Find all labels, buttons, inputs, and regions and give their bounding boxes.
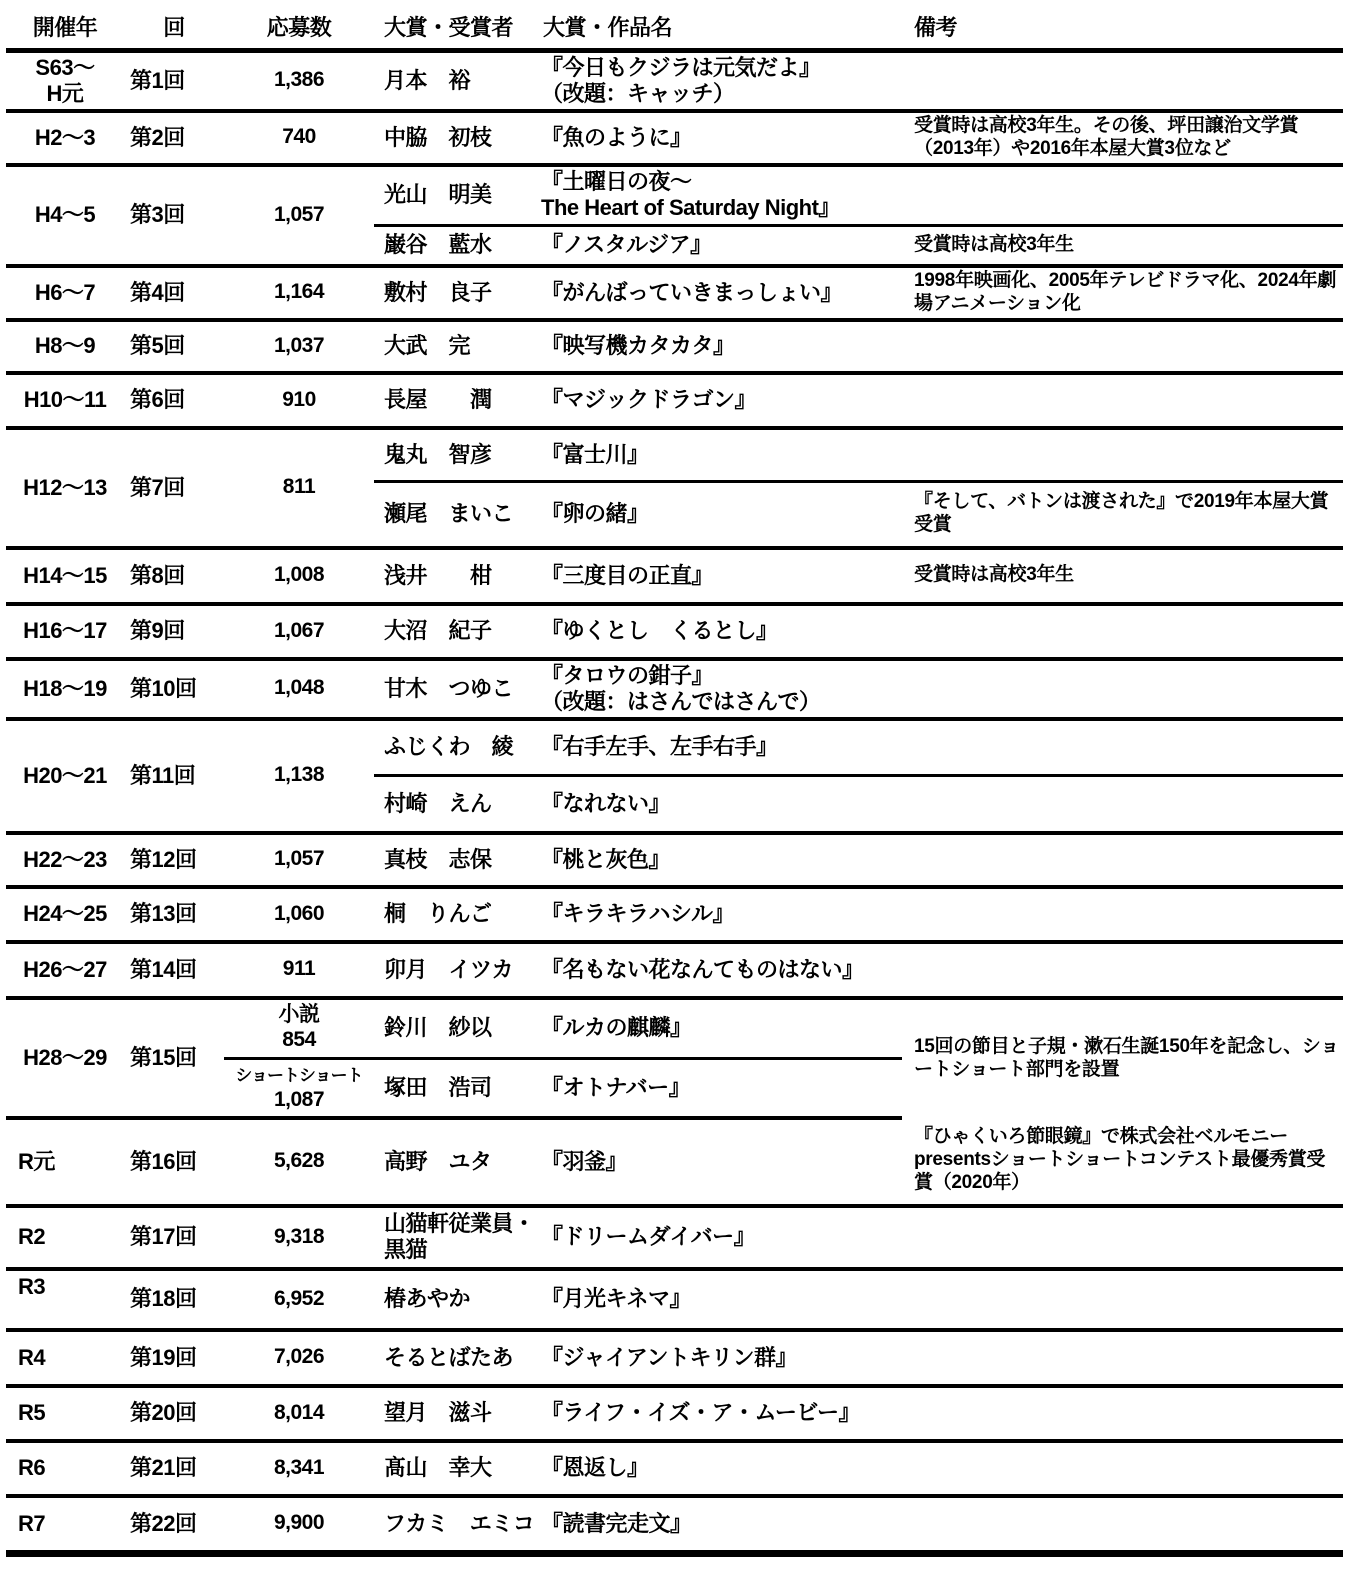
cell-text: 1,067	[274, 619, 324, 642]
cell-text: R5	[18, 1400, 45, 1425]
cell-text: 『ジャイアントキリン群』	[541, 1345, 797, 1370]
year-cell: R4	[6, 1330, 124, 1386]
cell-text: 5,628	[274, 1149, 324, 1172]
cell-text: R2	[18, 1224, 45, 1249]
cell-text: 第17回	[130, 1224, 196, 1249]
count-cell: 911	[224, 942, 374, 998]
table-row: R3第18回6,952椿あやか『月光キネマ』	[6, 1269, 1343, 1330]
note-cell: 1998年映画化、2005年テレビドラマ化、2024年劇場アニメーション化	[902, 266, 1343, 320]
count-cell: 1,060	[224, 887, 374, 942]
title-cell: 『ノスタルジア』	[537, 226, 902, 266]
cell-text: 長屋 潤	[384, 387, 492, 412]
cell-text: ショートショート	[235, 1066, 362, 1085]
cell-text: H18～19	[23, 676, 107, 701]
cell-text: 15回の節目と子規・漱石生誕150年を記念し、ショートショート部門を設置	[914, 1036, 1339, 1080]
note-cell: 15回の節目と子規・漱石生誕150年を記念し、ショートショート部門を設置	[902, 998, 1343, 1118]
table-row: H28～29第15回小説854鈴川 紗以『ルカの麒麟』15回の節目と子規・漱石生…	[6, 998, 1343, 1059]
cell-text: 『タロウの鉗子』	[541, 663, 713, 688]
cell-text: 小説	[279, 1003, 320, 1026]
cell-text: R元	[18, 1149, 55, 1174]
winner-cell: 光山 明美	[374, 165, 537, 226]
cell-text: 1,048	[274, 676, 324, 699]
cell-text: 鈴川 紗以	[384, 1015, 492, 1040]
winner-cell: 巌谷 藍水	[374, 226, 537, 266]
round-cell: 第2回	[124, 111, 224, 165]
table-row: H2～3第2回740中脇 初枝『魚のように』受賞時は高校3年生。その後、坪田譲治…	[6, 111, 1343, 165]
cell-text: 瀬尾 まいこ	[384, 501, 513, 526]
cell-text: R4	[18, 1345, 45, 1370]
cell-text: 『ドリームダイバー』	[541, 1224, 755, 1249]
cell-text: 『今日もクジラは元気だよ』	[541, 55, 821, 80]
cell-text: フカミ エミコ	[384, 1511, 534, 1536]
note-cell	[902, 1386, 1343, 1441]
cell-text: 1998年映画化、2005年テレビドラマ化、2024年劇場アニメーション化	[914, 270, 1336, 314]
cell-text: 『映写機カタカタ』	[541, 333, 735, 358]
cell-text: H8～9	[35, 333, 95, 358]
cell-text: H6～7	[35, 280, 95, 305]
count-cell: 1,008	[224, 548, 374, 604]
cell-text: 第15回	[130, 1045, 196, 1070]
year-cell: H18～19	[6, 659, 124, 719]
title-cell: 『三度目の正直』	[537, 548, 902, 604]
winner-cell: 鬼丸 智彦	[374, 428, 537, 482]
cell-text: 敷村 良子	[384, 280, 492, 305]
note-cell	[902, 428, 1343, 482]
cell-text: 『富士川』	[541, 442, 649, 467]
count-cell: 1,386	[224, 51, 374, 111]
cell-text: 『マジックドラゴン』	[541, 387, 756, 412]
cell-text: 卯月 イツカ	[384, 957, 513, 982]
title-cell: 『読書完走文』	[537, 1496, 902, 1554]
cell-text: 6,952	[274, 1287, 324, 1310]
cell-text: 740	[282, 125, 316, 148]
cell-text: 甘木 つゆこ	[384, 676, 513, 701]
note-cell	[902, 1441, 1343, 1496]
title-cell: 『ドリームダイバー』	[537, 1206, 902, 1269]
count-cell: 小説854	[224, 998, 374, 1059]
count-cell: 1,164	[224, 266, 374, 320]
cell-text: 第6回	[130, 387, 185, 412]
round-cell: 第15回	[124, 998, 224, 1118]
cell-text: H14～15	[23, 563, 107, 588]
winner-cell: そるとばたあ	[374, 1330, 537, 1386]
round-cell: 第8回	[124, 548, 224, 604]
count-cell: 9,318	[224, 1206, 374, 1269]
winner-cell: 高野 ユタ	[374, 1118, 537, 1206]
note-cell	[902, 659, 1343, 719]
note-cell	[902, 776, 1343, 833]
table-row: H4～5第3回1,057光山 明美『土曜日の夜～The Heart of Sat…	[6, 165, 1343, 226]
year-cell: H28～29	[6, 998, 124, 1118]
winner-cell: ふじくわ 綾	[374, 719, 537, 776]
cell-text: 『桃と灰色』	[541, 847, 670, 872]
cell-text: 1,138	[274, 763, 324, 786]
winner-cell: 望月 滋斗	[374, 1386, 537, 1441]
cell-text: 鬼丸 智彦	[384, 442, 492, 467]
note-cell	[902, 833, 1343, 887]
cell-text: 『ひゃくいろ節眼鏡』で株式会社ベルモニーpresentsショートショートコンテス…	[914, 1126, 1325, 1193]
winner-cell: 瀬尾 まいこ	[374, 482, 537, 548]
winner-cell: 村崎 えん	[374, 776, 537, 833]
cell-text: 『ルカの麒麟』	[541, 1015, 692, 1040]
year-cell: H12～13	[6, 428, 124, 548]
cell-text: 第18回	[130, 1286, 196, 1311]
count-cell: ショートショート1,087	[224, 1059, 374, 1118]
award-table: 開催年回応募数大賞・受賞者大賞・作品名備考 S63～H元第1回1,386月本 裕…	[6, 8, 1343, 1557]
cell-text: 854	[282, 1028, 316, 1051]
year-cell: H22～23	[6, 833, 124, 887]
winner-cell: 椿あやか	[374, 1269, 537, 1330]
cell-text: 『恩返し』	[541, 1455, 649, 1480]
header-note: 備考	[902, 8, 1343, 51]
title-cell: 『マジックドラゴン』	[537, 373, 902, 428]
cell-text: 7,026	[274, 1345, 324, 1368]
round-cell: 第17回	[124, 1206, 224, 1269]
cell-text: H26～27	[23, 957, 107, 982]
winner-cell: 真枝 志保	[374, 833, 537, 887]
table-row: R6第21回8,341髙山 幸大『恩返し』	[6, 1441, 1343, 1496]
table-row: H26～27第14回911卯月 イツカ『名もない花なんてものはない』	[6, 942, 1343, 998]
title-cell: 『桃と灰色』	[537, 833, 902, 887]
cell-text: 真枝 志保	[384, 847, 492, 872]
cell-text: 『ゆくとし くるとし』	[541, 618, 778, 643]
round-cell: 第7回	[124, 428, 224, 548]
round-cell: 第18回	[124, 1269, 224, 1330]
round-cell: 第14回	[124, 942, 224, 998]
table-row: H6～7第4回1,164敷村 良子『がんばっていきまっしょい』1998年映画化、…	[6, 266, 1343, 320]
cell-text: 第3回	[130, 202, 185, 227]
cell-text: 受賞時は高校3年生	[914, 234, 1074, 255]
cell-text: 中脇 初枝	[384, 125, 492, 150]
title-cell: 『土曜日の夜～The Heart of Saturday Night』	[537, 165, 902, 226]
title-cell: 『タロウの鉗子』（改題：はさんではさんで）	[537, 659, 902, 719]
count-cell: 811	[224, 428, 374, 548]
cell-text: 第2回	[130, 125, 185, 150]
cell-text: 巌谷 藍水	[384, 232, 492, 257]
winner-cell: 山猫軒従業員・黒猫	[374, 1206, 537, 1269]
title-cell: 『羽釜』	[537, 1118, 902, 1206]
cell-text: 『がんばっていきまっしょい』	[541, 280, 842, 305]
title-cell: 『なれない』	[537, 776, 902, 833]
year-cell: H2～3	[6, 111, 124, 165]
round-cell: 第6回	[124, 373, 224, 428]
cell-text: 1,060	[274, 902, 324, 925]
year-cell: R3	[6, 1269, 124, 1330]
table-body: S63～H元第1回1,386月本 裕『今日もクジラは元気だよ』（改題：キャッチ）…	[6, 51, 1343, 1554]
cell-text: 1,037	[274, 334, 324, 357]
year-cell: H24～25	[6, 887, 124, 942]
cell-text: 村崎 えん	[384, 791, 492, 816]
header-row: 開催年回応募数大賞・受賞者大賞・作品名備考	[6, 8, 1343, 51]
cell-text: H16～17	[23, 618, 107, 643]
year-cell: R7	[6, 1496, 124, 1554]
cell-text: 『ライフ・イズ・ア・ムービー』	[541, 1400, 860, 1425]
title-cell: 『月光キネマ』	[537, 1269, 902, 1330]
count-cell: 1,037	[224, 320, 374, 373]
note-cell	[902, 887, 1343, 942]
cell-text: H12～13	[23, 475, 107, 500]
cell-text: 浅井 柑	[384, 563, 492, 588]
winner-cell: 中脇 初枝	[374, 111, 537, 165]
cell-text: 第8回	[130, 563, 185, 588]
title-cell: 『今日もクジラは元気だよ』（改題：キャッチ）	[537, 51, 902, 111]
cell-text: 『読書完走文』	[541, 1511, 692, 1536]
cell-text: 『羽釜』	[541, 1149, 627, 1174]
count-cell: 1,057	[224, 165, 374, 266]
cell-text: 大武 完	[384, 333, 470, 358]
note-cell	[902, 1330, 1343, 1386]
winner-cell: 髙山 幸大	[374, 1441, 537, 1496]
cell-text: 1,008	[274, 563, 324, 586]
table-row: H16～17第9回1,067大沼 紀子『ゆくとし くるとし』	[6, 604, 1343, 659]
note-cell	[902, 1206, 1343, 1269]
cell-text: 1,087	[274, 1088, 324, 1111]
round-cell: 第20回	[124, 1386, 224, 1441]
winner-cell: 卯月 イツカ	[374, 942, 537, 998]
cell-text: 椿あやか	[384, 1286, 470, 1311]
table-row: R5第20回8,014望月 滋斗『ライフ・イズ・ア・ムービー』	[6, 1386, 1343, 1441]
round-cell: 第4回	[124, 266, 224, 320]
year-cell: H26～27	[6, 942, 124, 998]
title-cell: 『がんばっていきまっしょい』	[537, 266, 902, 320]
note-cell	[902, 165, 1343, 226]
cell-text: 第7回	[130, 475, 185, 500]
winner-cell: 大武 完	[374, 320, 537, 373]
count-cell: 7,026	[224, 1330, 374, 1386]
cell-text: 第14回	[130, 957, 196, 982]
table-row: H12～13第7回811鬼丸 智彦『富士川』	[6, 428, 1343, 482]
page: 開催年回応募数大賞・受賞者大賞・作品名備考 S63～H元第1回1,386月本 裕…	[0, 0, 1350, 1582]
cell-text: 第12回	[130, 847, 196, 872]
cell-text: H24～25	[23, 901, 107, 926]
count-cell: 910	[224, 373, 374, 428]
cell-text: 『そして、バトンは渡された』で2019年本屋大賞受賞	[914, 491, 1328, 535]
cell-text: 『三度目の正直』	[541, 563, 713, 588]
table-row: H8～9第5回1,037大武 完『映写機カタカタ』	[6, 320, 1343, 373]
header-round: 回	[124, 8, 224, 51]
round-cell: 第3回	[124, 165, 224, 266]
year-cell: H4～5	[6, 165, 124, 266]
cell-text: H28～29	[23, 1045, 107, 1070]
winner-cell: 浅井 柑	[374, 548, 537, 604]
round-cell: 第10回	[124, 659, 224, 719]
cell-text: The Heart of Saturday Night』	[541, 195, 840, 220]
cell-text: 第16回	[130, 1149, 196, 1174]
title-cell: 『キラキラハシル』	[537, 887, 902, 942]
note-cell	[902, 51, 1343, 111]
title-cell: 『ジャイアントキリン群』	[537, 1330, 902, 1386]
table-row: H10～11第6回910長屋 潤『マジックドラゴン』	[6, 373, 1343, 428]
cell-text: 受賞時は高校3年生。その後、坪田譲治文学賞（2013年）や2016年本屋大賞3位…	[914, 115, 1298, 159]
title-cell: 『恩返し』	[537, 1441, 902, 1496]
winner-cell: 鈴川 紗以	[374, 998, 537, 1059]
cell-text: 第5回	[130, 333, 185, 358]
cell-text: 第11回	[130, 763, 195, 788]
cell-text: 『月光キネマ』	[541, 1286, 691, 1311]
round-cell: 第1回	[124, 51, 224, 111]
cell-text: 『なれない』	[541, 791, 670, 816]
title-cell: 『名もない花なんてものはない』	[537, 942, 902, 998]
round-cell: 第12回	[124, 833, 224, 887]
count-cell: 1,048	[224, 659, 374, 719]
year-cell: R6	[6, 1441, 124, 1496]
cell-text: 1,057	[274, 203, 324, 226]
year-cell: H10～11	[6, 373, 124, 428]
cell-text: （改題：キャッチ）	[541, 81, 735, 106]
cell-text: 第13回	[130, 901, 196, 926]
cell-text: 『土曜日の夜～	[541, 169, 692, 194]
table-row: H20～21第11回1,138ふじくわ 綾『右手左手、左手右手』	[6, 719, 1343, 776]
cell-text: 9,318	[274, 1225, 324, 1248]
cell-text: H元	[47, 81, 84, 106]
header-title: 大賞・作品名	[537, 8, 902, 51]
note-cell: 受賞時は高校3年生	[902, 548, 1343, 604]
cell-text: 『キラキラハシル』	[541, 901, 734, 926]
year-cell: S63～H元	[6, 51, 124, 111]
winner-cell: 桐 りんご	[374, 887, 537, 942]
cell-text: 第4回	[130, 280, 185, 305]
count-cell: 1,057	[224, 833, 374, 887]
cell-text: 第1回	[130, 68, 185, 93]
cell-text: R7	[18, 1511, 45, 1536]
year-cell: R元	[6, 1118, 124, 1206]
count-cell: 6,952	[224, 1269, 374, 1330]
note-cell	[902, 320, 1343, 373]
table-row: R4第19回7,026そるとばたあ『ジャイアントキリン群』	[6, 1330, 1343, 1386]
cell-text: 第20回	[130, 1400, 196, 1425]
note-cell: 『ひゃくいろ節眼鏡』で株式会社ベルモニーpresentsショートショートコンテス…	[902, 1118, 1343, 1206]
winner-cell: 敷村 良子	[374, 266, 537, 320]
cell-text: R6	[18, 1455, 45, 1480]
title-cell: 『ルカの麒麟』	[537, 998, 902, 1059]
cell-text: 8,014	[274, 1401, 324, 1424]
title-cell: 『魚のように』	[537, 111, 902, 165]
year-cell: R5	[6, 1386, 124, 1441]
cell-text: 『名もない花なんてものはない』	[541, 957, 864, 982]
cell-text: 山猫軒従業員・黒猫	[384, 1211, 535, 1262]
round-cell: 第13回	[124, 887, 224, 942]
title-cell: 『オトナバー』	[537, 1059, 902, 1118]
round-cell: 第9回	[124, 604, 224, 659]
header-winner: 大賞・受賞者	[374, 8, 537, 51]
cell-text: そるとばたあ	[384, 1345, 513, 1370]
cell-text: 第19回	[130, 1345, 196, 1370]
cell-text: H2～3	[35, 125, 95, 150]
winner-cell: 甘木 つゆこ	[374, 659, 537, 719]
winner-cell: 月本 裕	[374, 51, 537, 111]
cell-text: 『ノスタルジア』	[541, 232, 712, 257]
cell-text: 第10回	[130, 676, 196, 701]
winner-cell: 大沼 紀子	[374, 604, 537, 659]
cell-text: 1,164	[274, 280, 324, 303]
cell-text: 8,341	[274, 1456, 324, 1479]
winner-cell: フカミ エミコ	[374, 1496, 537, 1554]
note-cell	[902, 1496, 1343, 1554]
cell-text: 910	[282, 388, 316, 411]
title-cell: 『ライフ・イズ・ア・ムービー』	[537, 1386, 902, 1441]
cell-text: 『卵の緒』	[541, 501, 649, 526]
note-cell	[902, 373, 1343, 428]
cell-text: 911	[283, 957, 315, 980]
cell-text: 受賞時は高校3年生	[914, 564, 1074, 585]
title-cell: 『富士川』	[537, 428, 902, 482]
note-cell: 受賞時は高校3年生	[902, 226, 1343, 266]
note-cell	[902, 719, 1343, 776]
cell-text: 第22回	[130, 1511, 196, 1536]
cell-text: （改題：はさんではさんで）	[541, 689, 821, 714]
round-cell: 第11回	[124, 719, 224, 833]
year-cell: R2	[6, 1206, 124, 1269]
title-cell: 『ゆくとし くるとし』	[537, 604, 902, 659]
cell-text: 『魚のように』	[541, 125, 692, 150]
year-cell: H8～9	[6, 320, 124, 373]
cell-text: 月本 裕	[384, 68, 470, 93]
cell-text: 髙山 幸大	[384, 1455, 492, 1480]
title-cell: 『卵の緒』	[537, 482, 902, 548]
winner-cell: 塚田 浩司	[374, 1059, 537, 1118]
winner-cell: 長屋 潤	[374, 373, 537, 428]
round-cell: 第19回	[124, 1330, 224, 1386]
cell-text: 1,057	[274, 847, 324, 870]
cell-text: 811	[283, 475, 315, 498]
cell-text: H20～21	[23, 763, 107, 788]
cell-text: 『右手左手、左手右手』	[541, 734, 778, 759]
year-cell: H14～15	[6, 548, 124, 604]
count-cell: 1,138	[224, 719, 374, 833]
cell-text: H22～23	[23, 847, 107, 872]
cell-text: 1,386	[274, 68, 324, 91]
cell-text: 第9回	[130, 618, 185, 643]
round-cell: 第5回	[124, 320, 224, 373]
round-cell: 第16回	[124, 1118, 224, 1206]
cell-text: S63～	[35, 55, 94, 80]
table-row: R元第16回5,628高野 ユタ『羽釜』『ひゃくいろ節眼鏡』で株式会社ベルモニー…	[6, 1118, 1343, 1206]
note-cell	[902, 942, 1343, 998]
title-cell: 『右手左手、左手右手』	[537, 719, 902, 776]
note-cell: 受賞時は高校3年生。その後、坪田譲治文学賞（2013年）や2016年本屋大賞3位…	[902, 111, 1343, 165]
cell-text: 光山 明美	[384, 182, 492, 207]
cell-text: 望月 滋斗	[384, 1400, 492, 1425]
cell-text: H10～11	[24, 387, 107, 412]
cell-text: 高野 ユタ	[384, 1149, 492, 1174]
table-row: S63～H元第1回1,386月本 裕『今日もクジラは元気だよ』（改題：キャッチ）	[6, 51, 1343, 111]
cell-text: 大沼 紀子	[384, 618, 492, 643]
table-row: H14～15第8回1,008浅井 柑『三度目の正直』受賞時は高校3年生	[6, 548, 1343, 604]
count-cell: 8,014	[224, 1386, 374, 1441]
round-cell: 第22回	[124, 1496, 224, 1554]
count-cell: 9,900	[224, 1496, 374, 1554]
cell-text: 9,900	[274, 1511, 324, 1534]
title-cell: 『映写機カタカタ』	[537, 320, 902, 373]
cell-text: 桐 りんご	[384, 901, 492, 926]
year-cell: H16～17	[6, 604, 124, 659]
cell-text: 第21回	[130, 1455, 196, 1480]
count-cell: 740	[224, 111, 374, 165]
note-cell	[902, 604, 1343, 659]
table-row: H18～19第10回1,048甘木 つゆこ『タロウの鉗子』（改題：はさんではさん…	[6, 659, 1343, 719]
note-cell: 『そして、バトンは渡された』で2019年本屋大賞受賞	[902, 482, 1343, 548]
note-cell	[902, 1269, 1343, 1330]
year-cell: H20～21	[6, 719, 124, 833]
cell-text: R3	[18, 1274, 45, 1299]
cell-text: 『オトナバー』	[541, 1075, 690, 1100]
table-row: H24～25第13回1,060桐 りんご『キラキラハシル』	[6, 887, 1343, 942]
cell-text: H4～5	[35, 202, 95, 227]
round-cell: 第21回	[124, 1441, 224, 1496]
count-cell: 5,628	[224, 1118, 374, 1206]
header-count: 応募数	[224, 8, 374, 51]
year-cell: H6～7	[6, 266, 124, 320]
